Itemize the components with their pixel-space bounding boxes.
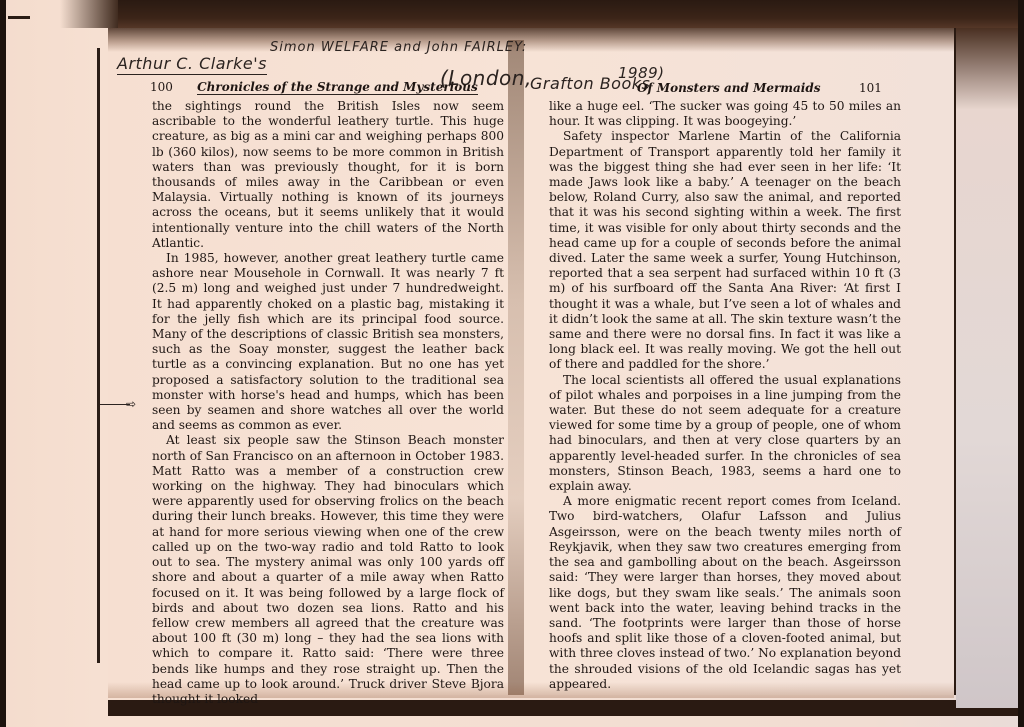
handwritten-author: Arthur C. Clarke's [117, 54, 267, 75]
scan-shadow-top-left [60, 0, 120, 28]
handwritten-year: 1989) [618, 64, 665, 82]
scan-shadow-top [118, 0, 1024, 30]
paragraph: the sightings round the British Isles no… [152, 99, 504, 251]
paragraph: The local scientists all offered the usu… [549, 373, 901, 495]
book-gutter [508, 40, 524, 695]
paragraph: like a huge eel. ‘The sucker was going 4… [549, 99, 901, 129]
running-title-right: Of Monsters and Mermaids [637, 81, 820, 95]
photocopy-smudge-top [108, 28, 954, 52]
scan-strip-right [956, 28, 1024, 708]
margin-dash-mark [8, 16, 30, 19]
paragraph: In 1985, however, another great leathery… [152, 251, 504, 433]
page-edge-rule [97, 48, 100, 663]
page-number-left: 100 [150, 80, 173, 94]
margin-arrowhead-icon: ⇨ [126, 397, 136, 411]
right-page-body: like a huge eel. ‘The sucker was going 4… [549, 99, 901, 692]
scan-edge-right [1018, 0, 1024, 727]
running-head-right: Of Monsters and Mermaids 101 [637, 81, 877, 95]
paragraph: At least six people saw the Stinson Beac… [152, 433, 504, 707]
running-title-left: Chronicles of the Strange and Mysterious [197, 80, 478, 95]
running-head-left: 100 Chronicles of the Strange and Myster… [150, 80, 478, 94]
left-page-body: the sightings round the British Isles no… [152, 99, 504, 707]
scan-edge-left [0, 0, 6, 727]
paragraph: Safety inspector Marlene Martin of the C… [549, 129, 901, 372]
handwritten-coauthors: Simon WELFARE and John FAIRLEY: [270, 40, 527, 55]
page-number-right: 101 [859, 81, 882, 95]
paragraph: A more enigmatic recent report comes fro… [549, 494, 901, 692]
